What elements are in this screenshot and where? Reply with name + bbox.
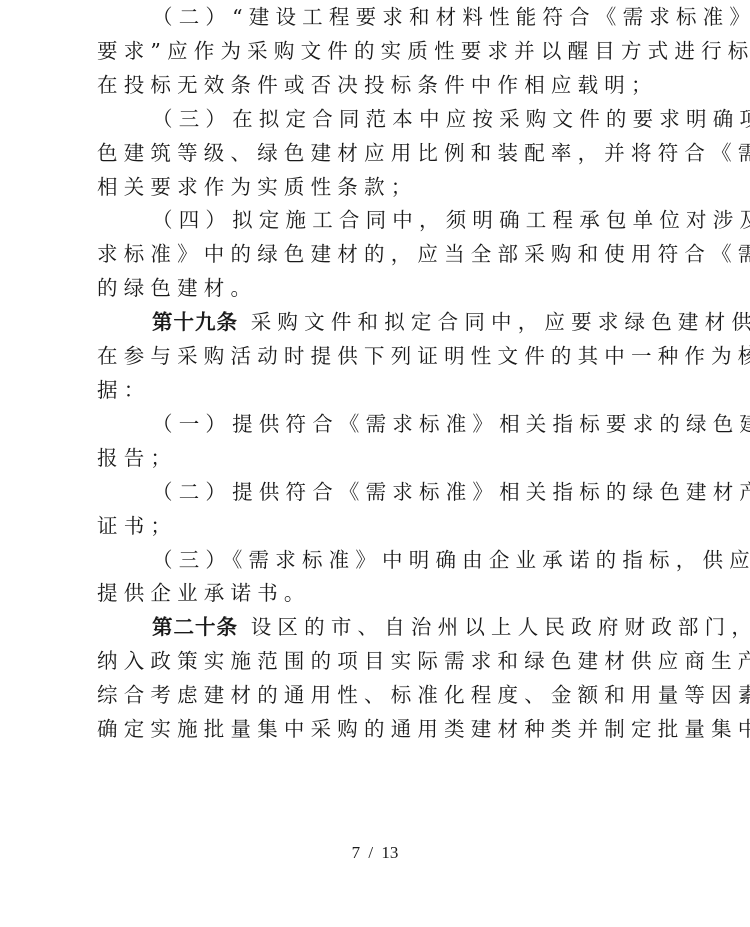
paragraph-item-3b: （三）《需求标准》中明确由企业承诺的指标，供应商可仅 提供企业承诺书。 xyxy=(97,544,657,612)
text-line: （三）在拟定合同范本中应按采购文件的要求明确项目的绿 xyxy=(97,103,657,137)
text-line: 综合考虑建材的通用性、标准化程度、金额和用量等因素，研究 xyxy=(42,679,657,713)
text-line: （二）提供符合《需求标准》相关指标的绿色建材产品认证 xyxy=(97,476,657,510)
article-20: 第二十条 设区的市、自治州以上人民政府财政部门，根据 纳入政策实施范围的项目实际… xyxy=(97,611,657,747)
text-line: 的绿色建材。 xyxy=(42,272,657,306)
text-line: 纳入政策实施范围的项目实际需求和绿色建材供应商生产实际， xyxy=(42,645,657,679)
text-line: 提供企业承诺书。 xyxy=(42,577,657,611)
paragraph-item-2: （二）“建设工程要求和材料性能符合《需求标准》的相关 要求”应作为采购文件的实质… xyxy=(97,1,657,103)
paragraph-item-2b: （二）提供符合《需求标准》相关指标的绿色建材产品认证 证书； xyxy=(97,476,657,544)
text-line: 在投标无效条件或否决投标条件中作相应载明； xyxy=(42,69,657,103)
article-text: 采购文件和拟定合同中，应要求绿色建材供应商 xyxy=(238,310,750,334)
text-line: （四）拟定施工合同中，须明确工程承包单位对涉及使用《需 xyxy=(97,204,657,238)
paragraph-item-3: （三）在拟定合同范本中应按采购文件的要求明确项目的绿 色建筑等级、绿色建材应用比… xyxy=(97,103,657,205)
article-19: 第十九条 采购文件和拟定合同中，应要求绿色建材供应商 在参与采购活动时提供下列证… xyxy=(97,306,657,408)
text-line: 报告； xyxy=(42,442,657,476)
text-line: （一）提供符合《需求标准》相关指标要求的绿色建材检测 xyxy=(97,408,657,442)
text-line: 据： xyxy=(42,374,657,408)
text-line: 要求”应作为采购文件的实质性要求并以醒目方式进行标识，且 xyxy=(42,35,657,69)
text-line: 求标准》中的绿色建材的，应当全部采购和使用符合《需求标准》 xyxy=(42,238,657,272)
text-line: 证书； xyxy=(42,510,657,544)
paragraph-item-4: （四）拟定施工合同中，须明确工程承包单位对涉及使用《需 求标准》中的绿色建材的，… xyxy=(97,204,657,306)
text-line: 在参与采购活动时提供下列证明性文件的其中一种作为核实依 xyxy=(42,340,657,374)
text-line: 色建筑等级、绿色建材应用比例和装配率，并将符合《需求标准》 xyxy=(42,137,657,171)
article-text: 设区的市、自治州以上人民政府财政部门，根据 xyxy=(238,615,750,639)
text-line: 第十九条 采购文件和拟定合同中，应要求绿色建材供应商 xyxy=(97,306,657,340)
text-line: （三）《需求标准》中明确由企业承诺的指标，供应商可仅 xyxy=(97,544,657,578)
document-page: （二）“建设工程要求和材料性能符合《需求标准》的相关 要求”应作为采购文件的实质… xyxy=(97,1,657,747)
article-heading: 第二十条 xyxy=(152,615,238,639)
page-number: 7 / 13 xyxy=(0,843,750,863)
paragraph-item-1: （一）提供符合《需求标准》相关指标要求的绿色建材检测 报告； xyxy=(97,408,657,476)
text-line: （二）“建设工程要求和材料性能符合《需求标准》的相关 xyxy=(97,1,657,35)
text-line: 确定实施批量集中采购的通用类建材种类并制定批量集中采购 xyxy=(42,713,657,747)
text-line: 第二十条 设区的市、自治州以上人民政府财政部门，根据 xyxy=(97,611,657,645)
text-line: 相关要求作为实质性条款； xyxy=(42,171,657,205)
article-heading: 第十九条 xyxy=(152,310,238,334)
